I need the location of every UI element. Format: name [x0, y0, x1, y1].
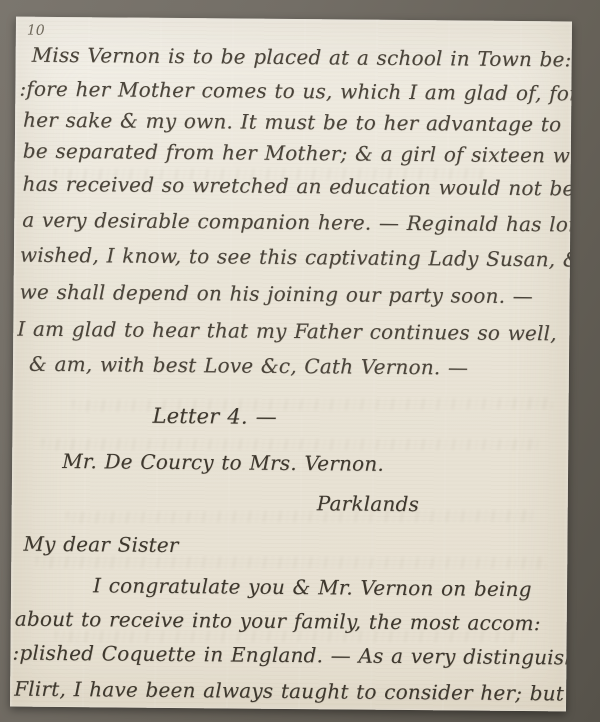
letter-salutation: My dear Sister — [23, 532, 178, 557]
manuscript-line: about to receive into your family, the m… — [15, 607, 541, 636]
manuscript-line: has received so wretched an education wo… — [22, 172, 572, 201]
manuscript-line: wished, I know, to see this captivating … — [20, 243, 572, 272]
manuscript-line: Flirt, I have been always taught to cons… — [14, 677, 564, 706]
ink-bleedthrough — [42, 439, 542, 450]
manuscript-line: & am, with best Love &c, Cath Vernon. — — [29, 352, 468, 380]
photo-mount: 10 Miss Vernon is to be placed at a scho… — [0, 0, 600, 722]
manuscript-line: be separated from her Mother; & a girl o… — [23, 139, 572, 168]
letter-heading: Letter 4. — — [152, 404, 277, 429]
letter-place: Parklands — [317, 491, 419, 516]
ink-bleedthrough — [73, 398, 553, 412]
ink-bleedthrough — [67, 510, 537, 523]
manuscript-line: I am glad to hear that my Father continu… — [17, 317, 557, 346]
manuscript-line: Miss Vernon is to be placed at a school … — [32, 43, 572, 72]
manuscript-line: a very desirable companion here. — Regin… — [22, 208, 572, 237]
letter-address: Mr. De Courcy to Mrs. Vernon. — [62, 449, 384, 476]
manuscript-line: her sake & my own. It must be to her adv… — [23, 108, 561, 137]
page-number: 10 — [27, 23, 45, 39]
manuscript-line: :fore her Mother comes to us, which I am… — [19, 77, 572, 106]
ink-bleedthrough — [36, 557, 546, 569]
manuscript-page: 10 Miss Vernon is to be placed at a scho… — [10, 17, 572, 712]
manuscript-line: :plished Coquette in England. — As a ver… — [12, 641, 572, 670]
manuscript-line: we shall depend on his joining our party… — [20, 280, 534, 308]
manuscript-line: I congratulate you & Mr. Vernon on being — [93, 573, 532, 601]
